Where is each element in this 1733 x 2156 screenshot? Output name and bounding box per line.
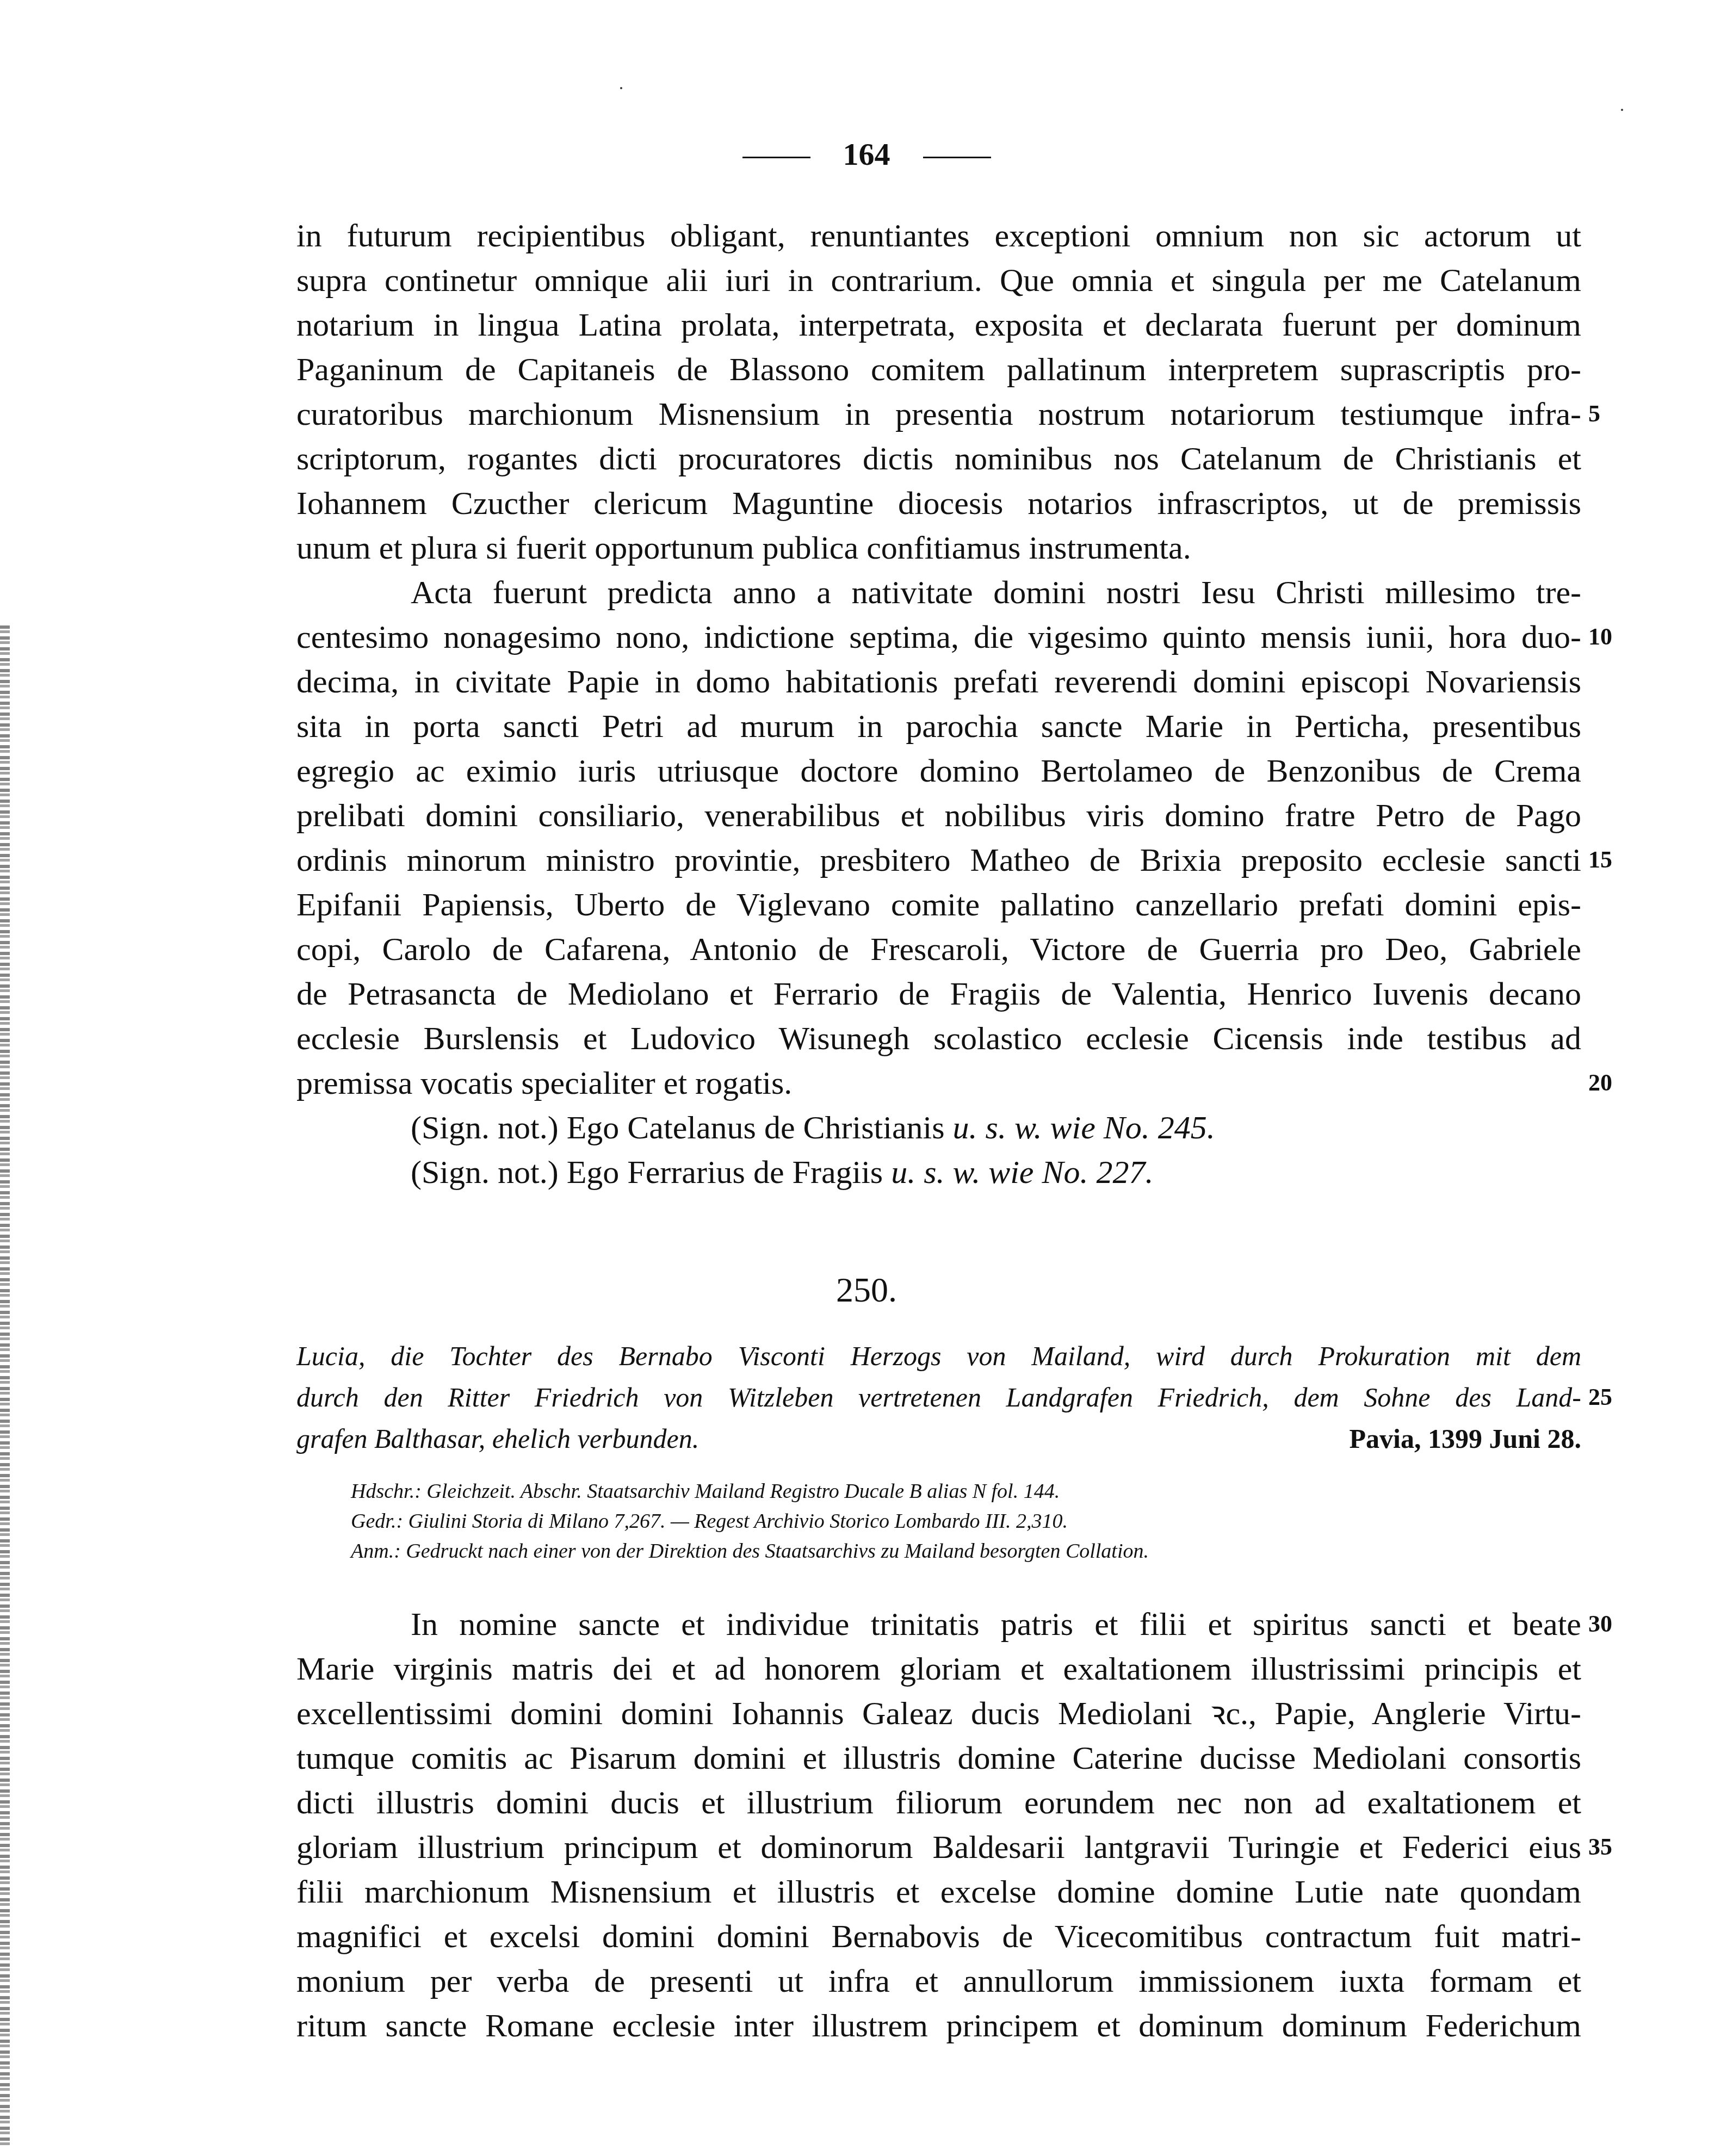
text-line: ecclesie Burslensis et Ludovico Wisunegh… [296,1016,1581,1061]
text-line: premissa vocatis specialiter et rogatis.… [296,1061,1581,1105]
text-line: supra continetur omnique alii iuri in co… [296,258,1581,302]
text-line: In nomine sancte et individue trinitatis… [296,1602,1581,1646]
text-line: Iohannem Czucther clericum Maguntine dio… [296,481,1581,525]
header-rule-right [923,157,991,158]
text-line: Paganinum de Capitaneis de Blassono comi… [296,347,1581,392]
page-number: 164 [843,137,890,172]
text-line: egregio ac eximio iuris utriusque doctor… [296,748,1581,793]
document-body: In nomine sancte et individue trinitatis… [296,1602,1581,2048]
page-header: 164 [0,136,1733,172]
line-number: 10 [1588,615,1612,659]
regest-line: grafen Balthasar, ehelich verbunden.Pavi… [296,1418,1581,1459]
text-line: ritum sancte Romane ecclesie inter illus… [296,2003,1581,2048]
text-line: scriptorum, rogantes dicti procuratores … [296,436,1581,481]
text-line: de Petrasancta de Mediolano et Ferrario … [296,971,1581,1016]
header-rule-left [742,157,810,158]
text-line: decima, in civitate Papie in domo habita… [296,659,1581,704]
source-notes: Hdschr.: Gleichzeit. Abschr. Staatsarchi… [351,1477,1149,1566]
text-line: ordinis minorum ministro provintie, pres… [296,838,1581,882]
note-manuscript: Hdschr.: Gleichzeit. Abschr. Staatsarchi… [351,1477,1149,1507]
regest-line: durch den Ritter Friedrich von Witzleben… [296,1377,1581,1418]
text-line: notarium in lingua Latina prolata, inter… [296,302,1581,347]
speck [620,87,622,89]
continuation-paragraph: in futurum recipientibus obligant, renun… [296,213,1581,1194]
text-line: sita in porta sancti Petri ad murum in p… [296,704,1581,748]
text-line: magnifici et excelsi domini domini Berna… [296,1914,1581,1959]
line-number: 25 [1588,1377,1612,1418]
text-line: gloriam illustrium principum et dominoru… [296,1825,1581,1869]
scan-edge-artifact [0,625,10,2148]
text-line: Acta fuerunt predicta anno a nativitate … [296,570,1581,615]
text-line: filii marchionum Misnensium et illustris… [296,1869,1581,1914]
regest-line: Lucia, die Tochter des Bernabo Visconti … [296,1335,1581,1377]
place-date: Pavia, 1399 Juni 28. [1350,1418,1581,1459]
line-number: 15 [1588,838,1612,882]
line-number: 5 [1588,392,1600,436]
text-line: dicti illustris domini ducis et illustri… [296,1780,1581,1825]
text-line: tumque comitis ac Pisarum domini et illu… [296,1736,1581,1780]
text-line: centesimo nonagesimo nono, indictione se… [296,615,1581,659]
text-line: in futurum recipientibus obligant, renun… [296,213,1581,258]
text-line: curatoribus marchionum Misnensium in pre… [296,392,1581,436]
notary-signature: (Sign. not.) Ego Ferrarius de Fragiis u.… [296,1150,1581,1194]
note-printed: Gedr.: Giulini Storia di Milano 7,267. —… [351,1507,1149,1537]
speck [1621,109,1623,111]
line-number: 20 [1588,1061,1612,1105]
line-number: 30 [1588,1602,1612,1646]
text-line: excellentissimi domini domini Iohannis G… [296,1691,1581,1736]
note-remark: Anm.: Gedruckt nach einer von der Direkt… [351,1537,1149,1566]
notary-signature: (Sign. not.) Ego Catelanus de Christiani… [296,1105,1581,1150]
text-line: prelibati domini consiliario, venerabili… [296,793,1581,838]
line-number: 35 [1588,1825,1612,1869]
document-number: 250. [0,1270,1733,1310]
text-line: copi, Carolo de Cafarena, Antonio de Fre… [296,927,1581,971]
text-line: Marie virginis matris dei et ad honorem … [296,1646,1581,1691]
regest-summary: Lucia, die Tochter des Bernabo Visconti … [296,1335,1581,1459]
text-line: monium per verba de presenti ut infra et… [296,1959,1581,2003]
text-line: unum et plura si fuerit opportunum publi… [296,525,1581,570]
text-line: Epifanii Papiensis, Uberto de Viglevano … [296,882,1581,927]
